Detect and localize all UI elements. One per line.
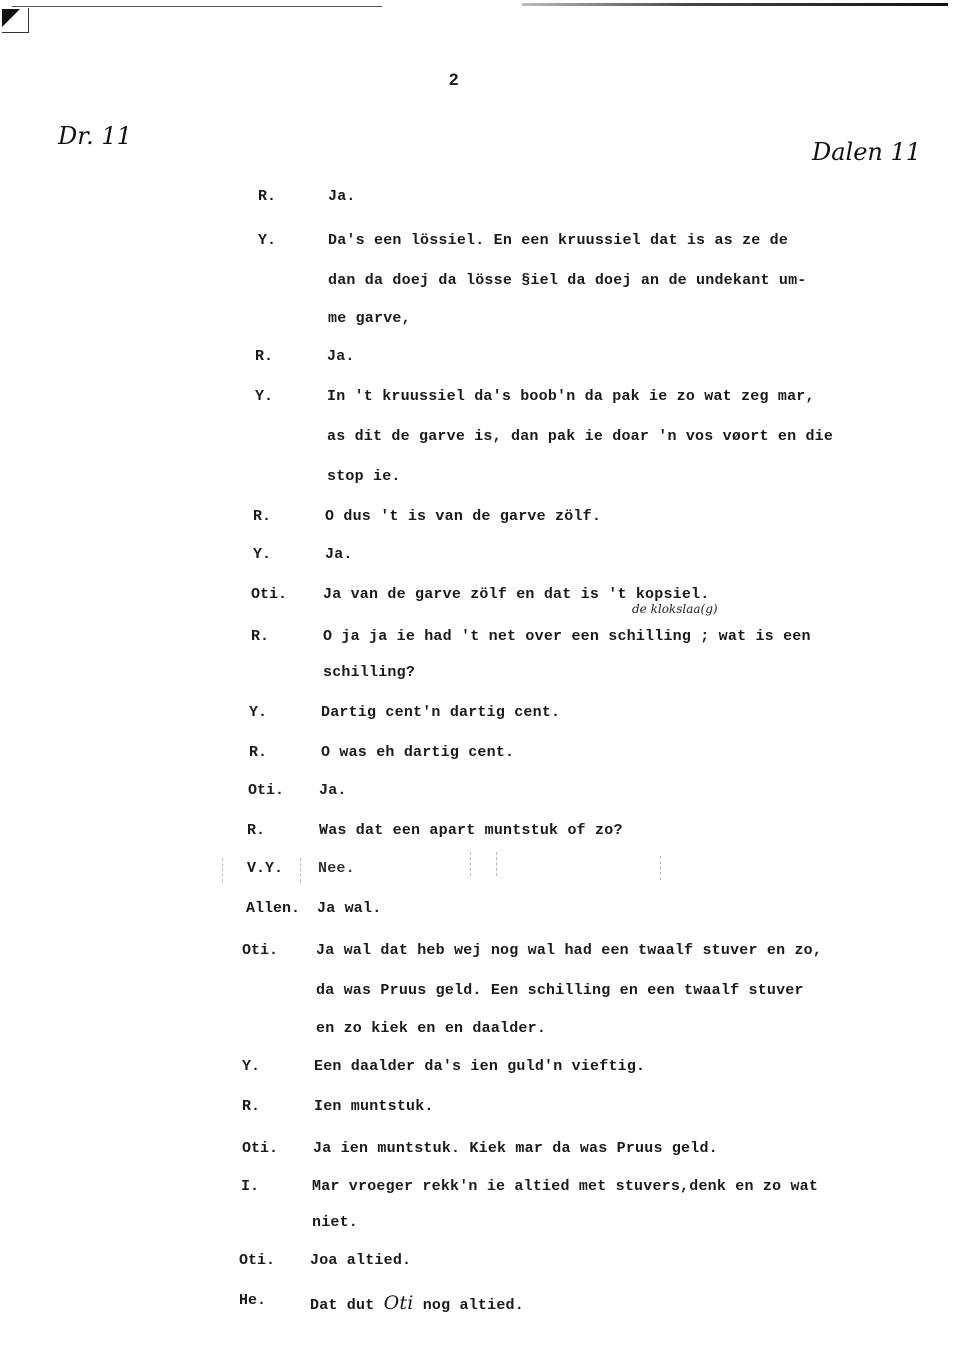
utterance-line: da was Pruus geld. Een schilling en een …	[316, 982, 804, 999]
speaker-label: V.Y.	[247, 860, 283, 877]
speaker-label: Oti.	[248, 782, 284, 799]
utterance-line: as dit de garve is, dan pak ie doar 'n v…	[327, 428, 833, 445]
utterance-line: In 't kruussiel da's boob'n da pak ie zo…	[327, 388, 815, 405]
speaker-label: R.	[242, 1098, 260, 1115]
utterance-line: Joa altied.	[310, 1252, 411, 1269]
scan-edge-top-left	[12, 6, 382, 7]
utterance-line: Ja.	[328, 188, 356, 205]
speaker-label: R.	[247, 822, 265, 839]
utterance-fragment: nog altied.	[414, 1297, 524, 1314]
speaker-label: Y.	[258, 232, 276, 249]
utterance-line: Ja.	[319, 782, 347, 799]
speaker-label: R.	[258, 188, 276, 205]
utterance-line: Ien muntstuk.	[314, 1098, 434, 1115]
utterance-line: en zo kiek en en daalder.	[316, 1020, 546, 1037]
scan-artifact	[660, 856, 661, 880]
utterance-line: Was dat een apart muntstuk of zo?	[319, 822, 623, 839]
utterance-line: Dartig cent'n dartig cent.	[321, 704, 560, 721]
handwritten-reference-left: Dr. 11	[58, 122, 132, 150]
scan-artifact	[222, 858, 223, 882]
speaker-label: Oti.	[242, 942, 278, 959]
utterance-line: O dus 't is van de garve zölf.	[325, 508, 601, 525]
utterance-fragment: Dat dut	[310, 1297, 384, 1314]
corner-triangle-icon	[2, 9, 20, 27]
speaker-label: Allen.	[246, 900, 300, 917]
utterance-line: Ja wal dat heb wej nog wal had een twaal…	[316, 942, 822, 959]
utterance-line: Mar vroeger rekk'n ie altied met stuvers…	[312, 1178, 818, 1195]
utterance-line: stop ie.	[327, 468, 401, 485]
utterance-line: Nee.	[318, 860, 355, 877]
speaker-label: R.	[255, 348, 273, 365]
utterance-line: Ja.	[327, 348, 355, 365]
utterance-line: O was eh dartig cent.	[321, 744, 514, 761]
handwritten-insertion: Oti	[384, 1292, 414, 1314]
page-number: 2	[449, 70, 458, 90]
speaker-label: Y.	[249, 704, 267, 721]
speaker-label: Oti.	[239, 1252, 275, 1269]
utterance-line: niet.	[312, 1214, 358, 1231]
speaker-label: He.	[239, 1292, 266, 1309]
utterance-line: me garve,	[328, 310, 411, 327]
speaker-label: I.	[241, 1178, 259, 1195]
scan-artifact	[496, 852, 497, 876]
speaker-label: R.	[249, 744, 267, 761]
speaker-label: Y.	[253, 546, 271, 563]
scan-artifact	[470, 852, 471, 876]
speaker-label: R.	[253, 508, 271, 525]
speaker-label: Y.	[255, 388, 273, 405]
speaker-label: R.	[251, 628, 269, 645]
speaker-label: Oti.	[242, 1140, 278, 1157]
utterance-line: Dat dut Oti nog altied.	[310, 1292, 524, 1314]
scan-artifact	[300, 858, 301, 882]
utterance-line: dan da doej da lösse §iel da doej an de …	[328, 272, 806, 289]
utterance-line: schilling?	[323, 664, 415, 681]
utterance-line: Ja wal.	[317, 900, 381, 917]
handwritten-margin-annotation: de klokslaa(g)	[632, 602, 718, 616]
utterance-line: Ja van de garve zölf en dat is 't kopsie…	[323, 586, 709, 603]
handwritten-reference-right: Dalen 11	[812, 138, 921, 166]
utterance-line: Ja ien muntstuk. Kiek mar da was Pruus g…	[313, 1140, 718, 1157]
speaker-label: Oti.	[251, 586, 287, 603]
utterance-line: O ja ja ie had 't net over een schilling…	[323, 628, 811, 645]
scan-edge-top-right	[522, 3, 948, 6]
utterance-line: Een daalder da's ien guld'n vieftig.	[314, 1058, 645, 1075]
speaker-label: Y.	[242, 1058, 260, 1075]
utterance-line: Ja.	[325, 546, 353, 563]
utterance-line: Da's een lössiel. En een kruussiel dat i…	[328, 232, 788, 249]
